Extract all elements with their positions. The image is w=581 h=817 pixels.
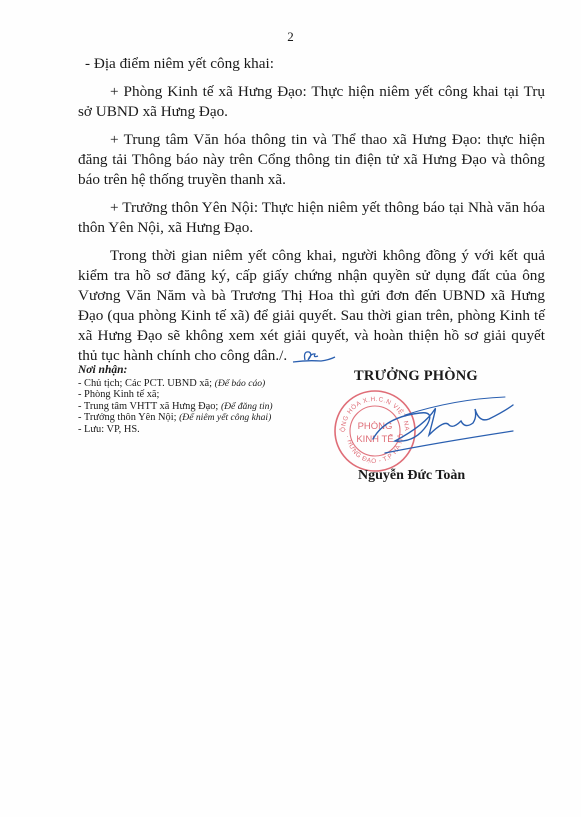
handwritten-signature-icon: [365, 395, 515, 455]
recipients-list: Nơi nhận: - Chủ tịch; Các PCT. UBND xã; …: [78, 365, 338, 435]
signature-block: TRƯỞNG PHÒNG CỘNG HÒA X.H.C.N VIỆT NAM X…: [330, 360, 520, 490]
paragraph-objection-notice: Trong thời gian niêm yết công khai, ngườ…: [78, 246, 545, 366]
paragraph-village-head: + Trưởng thôn Yên Nội: Thực hiện niêm yế…: [78, 198, 545, 238]
signature-title: TRƯỞNG PHÒNG: [354, 368, 478, 385]
page-number: 2: [0, 29, 581, 45]
document-page: 2 - Địa điểm niêm yết công khai: + Phòng…: [0, 0, 581, 817]
recipient-item: - Chủ tịch; Các PCT. UBND xã; (Để báo cá…: [78, 378, 338, 390]
document-body: - Địa điểm niêm yết công khai: + Phòng K…: [78, 54, 545, 374]
recipient-item: - Lưu: VP, HS.: [78, 424, 338, 436]
paragraph-culture-center: + Trung tâm Văn hóa thông tin và Thể tha…: [78, 130, 545, 190]
signer-name: Nguyễn Đức Toàn: [358, 468, 465, 484]
recipients-title: Nơi nhận:: [78, 365, 338, 377]
recipient-item: - Trưởng thôn Yên Nội; (Để niêm yết công…: [78, 412, 338, 424]
objection-notice-text: Trong thời gian niêm yết công khai, ngườ…: [78, 247, 545, 364]
paragraph-location-heading: - Địa điểm niêm yết công khai:: [78, 54, 545, 74]
paragraph-economic-office: + Phòng Kinh tế xã Hưng Đạo: Thực hiện n…: [78, 82, 545, 122]
recipient-item: - Phòng Kinh tế xã;: [78, 389, 338, 401]
recipient-item: - Trung tâm VHTT xã Hưng Đạo; (Để đăng t…: [78, 401, 338, 413]
